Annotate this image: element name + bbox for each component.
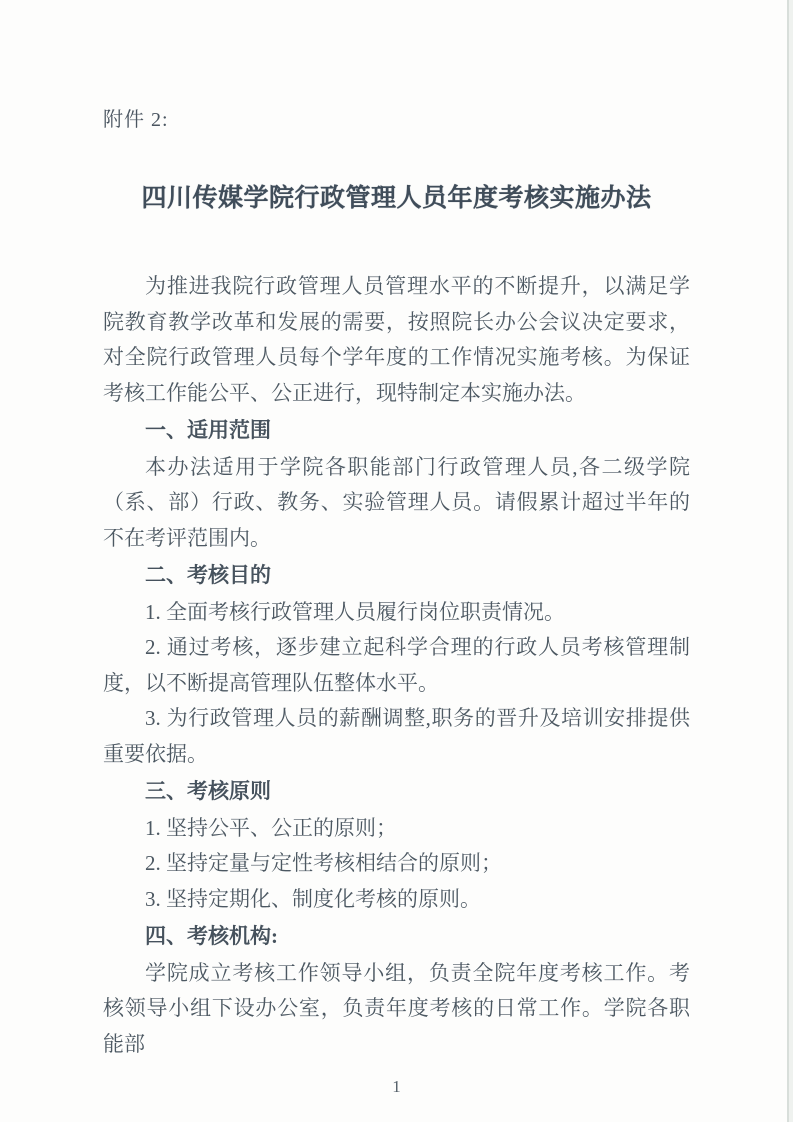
section-heading: 一、适用范围 [103,413,690,449]
section-heading: 三、考核原则 [103,774,690,810]
body-paragraph: 学院成立考核工作领导小组，负责全院年度考核工作。考核领导小组下设办公室，负责年度… [103,956,690,1063]
page-content: 附件 2: 四川传媒学院行政管理人员年度考核实施办法 为推进我院行政管理人员管理… [103,0,690,1097]
body-paragraph: 1. 坚持公平、公正的原则； [103,811,690,847]
document-body: 为推进我院行政管理人员管理水平的不断提升，以满足学院教育教学改革和发展的需要，按… [103,269,690,1062]
body-paragraph: 1. 全面考核行政管理人员履行岗位职责情况。 [103,595,690,631]
document-title: 四川传媒学院行政管理人员年度考核实施办法 [103,182,690,216]
page-number: 1 [103,1077,690,1097]
body-paragraph: 2. 坚持定量与定性考核相结合的原则； [103,846,690,882]
section-heading: 四、考核机构: [103,919,690,955]
section-heading: 二、考核目的 [103,558,690,594]
scan-edge-strip [789,0,793,1122]
body-paragraph: 3. 坚持定期化、制度化考核的原则。 [103,882,690,918]
attachment-label: 附件 2: [103,106,690,134]
body-paragraph: 3. 为行政管理人员的薪酬调整,职务的晋升及培训安排提供重要依据。 [103,701,690,772]
body-paragraph: 2. 通过考核，逐步建立起科学合理的行政人员考核管理制度，以不断提高管理队伍整体… [103,630,690,701]
body-paragraph: 为推进我院行政管理人员管理水平的不断提升，以满足学院教育教学改革和发展的需要，按… [103,269,690,411]
scan-edge-line [787,0,789,1122]
scanned-document-page: 附件 2: 四川传媒学院行政管理人员年度考核实施办法 为推进我院行政管理人员管理… [0,0,793,1122]
body-paragraph: 本办法适用于学院各职能部门行政管理人员,各二级学院（系、部）行政、教务、实验管理… [103,450,690,557]
